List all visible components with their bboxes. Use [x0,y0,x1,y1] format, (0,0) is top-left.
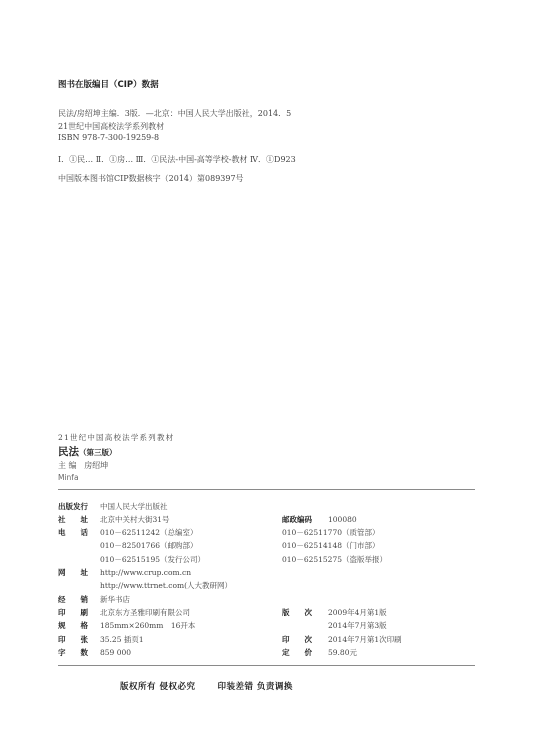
cip-heading: 图书在版编目（CIP）数据 [58,78,159,90]
cip-isbn-line: ISBN 978-7-300-19259-8 [58,133,159,142]
editor-name: 房绍坤 [84,461,108,470]
row-sheets: 印 张35.25 插页1 [58,634,144,645]
footer-notice: 版权所有 侵权必究印装差错 负责调换 [120,680,293,692]
row-words: 字 数859 000 [58,647,131,658]
cip-series-line: 21世纪中国高校法学系列教材 [58,121,164,132]
defect-notice: 印装差错 负责调换 [217,682,292,692]
edition-value-2: 2014年7月第3版 [328,621,387,630]
printer-label: 印 刷 [58,607,100,618]
website-value-1: http://www.crup.com.cn [100,568,191,577]
book-series: 21世纪中国高校法学系列教材 [58,432,174,443]
sheets-label: 印 张 [58,634,100,645]
phone-value-3: 010－62515195（发行公司） [100,555,205,564]
book-title: 民法（第三版） [58,444,117,459]
distributor-value: 新华书店 [100,595,130,604]
postcode-label: 邮政编码 [282,514,328,525]
sheets-value: 35.25 插页1 [100,635,144,644]
price-value: 59.80元 [328,648,357,657]
book-pinyin: Minfa [58,473,79,482]
phone-right-1: 010－62511770（质管部） [282,528,380,537]
phone-right-3: 010－62515275（盗版举报） [282,555,387,564]
row-postcode: 邮政编码100080 [282,514,357,525]
size-value: 185mm×260mm 16开本 [100,621,195,630]
divider-bottom [58,665,475,666]
address-value: 北京中关村大街31号 [100,515,170,524]
row-phone: 电 话010－62511242（总编室） [58,527,198,538]
phone-value-1: 010－62511242（总编室） [100,528,198,537]
row-phone-3: 010－62515195（发行公司） [58,554,205,565]
row-edition: 版 次2009年4月第1版 [282,607,387,618]
postcode-value: 100080 [328,515,357,524]
printing-label: 印 次 [282,634,328,645]
cip-verification: 中国版本图书馆CIP数据核字（2014）第089397号 [58,173,244,184]
row-address: 社 址北京中关村大街31号 [58,514,170,525]
cip-bibliographic-line: 民法/房绍坤主编．3版．—北京：中国人民大学出版社，2014．5 [58,108,291,119]
printer-value: 北京东方圣雅印刷有限公司 [100,608,190,617]
edition-value-1: 2009年4月第1版 [328,608,387,617]
words-value: 859 000 [100,648,131,657]
editor-label: 主 编 [58,461,77,470]
row-phone-right-2: 010－62514148（门市部） [282,540,380,551]
phone-right-2: 010－62514148（门市部） [282,541,380,550]
publisher-label: 出版发行 [58,501,100,512]
row-size: 规 格185mm×260mm 16开本 [58,620,195,631]
cip-classification: Ⅰ．①民… Ⅱ．①房… Ⅲ．①民法-中国-高等学校-教材 Ⅳ．①D923 [58,154,296,165]
divider-top [58,489,475,490]
row-website: 网 址http://www.crup.com.cn [58,567,191,578]
printing-value: 2014年7月第1次印刷 [328,635,402,644]
website-value-2: http://www.ttrnet.com(人大教研网） [100,581,232,590]
row-edition-2: 2014年7月第3版 [282,620,387,631]
book-title-text: 民法 [58,446,79,458]
row-printing: 印 次2014年7月第1次印刷 [282,634,402,645]
row-phone-right-3: 010－62515275（盗版举报） [282,554,387,565]
publisher-value: 中国人民大学出版社 [100,502,168,511]
copyright-notice: 版权所有 侵权必究 [120,682,195,692]
row-distributor: 经 销新华书店 [58,594,130,605]
address-label: 社 址 [58,514,100,525]
book-editor: 主 编 房绍坤 [58,460,108,471]
row-printer: 印 刷北京东方圣雅印刷有限公司 [58,607,190,618]
distributor-label: 经 销 [58,594,100,605]
price-label: 定 价 [282,647,328,658]
phone-value-2: 010－82501766（邮购部） [100,541,198,550]
book-edition: （第三版） [79,448,117,457]
words-label: 字 数 [58,647,100,658]
phone-label: 电 话 [58,527,100,538]
website-label: 网 址 [58,567,100,578]
row-phone-right-1: 010－62511770（质管部） [282,527,380,538]
edition-label: 版 次 [282,607,328,618]
size-label: 规 格 [58,620,100,631]
row-website-2: http://www.ttrnet.com(人大教研网） [58,580,232,591]
row-phone-2: 010－82501766（邮购部） [58,540,198,551]
row-price: 定 价59.80元 [282,647,357,658]
row-publisher: 出版发行中国人民大学出版社 [58,501,168,512]
